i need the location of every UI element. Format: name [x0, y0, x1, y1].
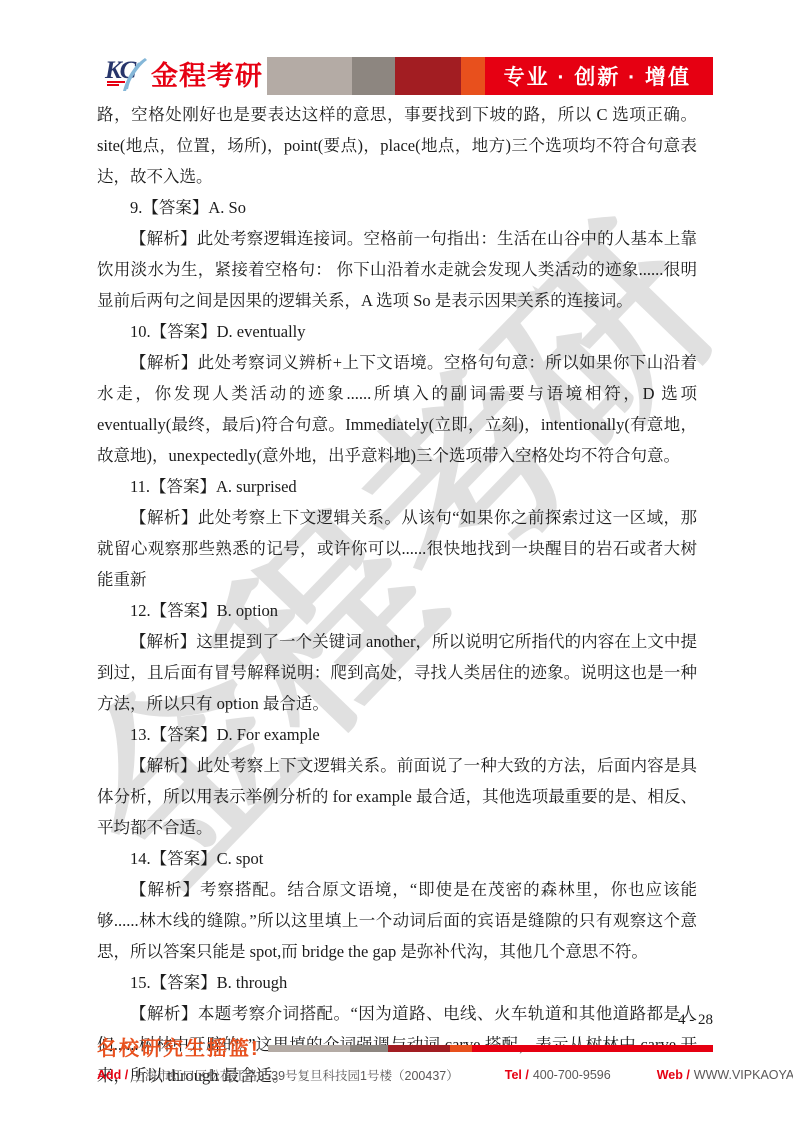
address-group: Add / 上海市虹口区松花江路2539号复旦科技园1号楼（200437）	[97, 1066, 459, 1084]
company-logo: KC 金程考研	[105, 57, 267, 95]
tel-value: 400-700-9596	[533, 1068, 611, 1082]
answer-item-10: 10.【答案】D. eventually 【解析】此处考察词义辨析+上下文语境。…	[97, 316, 697, 471]
footer-block-lightgray	[268, 1045, 350, 1052]
answer-line: 15.【答案】B. through	[97, 967, 697, 998]
footer-block-red	[472, 1045, 713, 1052]
footer-brand-row: 名校研究生摇篮!	[97, 1033, 713, 1059]
answer-line: 9.【答案】A. So	[97, 192, 697, 223]
address-value: 上海市虹口区松花江路2539号复旦科技园1号楼（200437）	[132, 1066, 458, 1084]
footer-block-orange	[450, 1045, 472, 1052]
footer-block-gray	[350, 1045, 388, 1052]
answer-item-9: 9.【答案】A. So 【解析】此处考察逻辑连接词。空格前一句指出：生活在山谷中…	[97, 192, 697, 316]
tel-group: Tel / 400-700-9596	[505, 1066, 611, 1084]
header-color-bar: 专业 · 创新 · 增值	[267, 57, 713, 95]
footer-block-darkred	[388, 1045, 450, 1052]
web-group: Web / WWW.VIPKAOYAN.NET	[657, 1066, 793, 1084]
web-label: Web /	[657, 1068, 690, 1082]
answer-item-14: 14.【答案】C. spot 【解析】考察搭配。结合原文语境，“即使是在茂密的森…	[97, 843, 697, 967]
answer-line: 12.【答案】B. option	[97, 595, 697, 626]
footer-contact-row: Add / 上海市虹口区松花江路2539号复旦科技园1号楼（200437） Te…	[97, 1066, 713, 1084]
header-block-gray	[352, 57, 395, 95]
footer-slogan: 名校研究生摇篮!	[97, 1032, 260, 1061]
logo-subtext-mark	[107, 81, 125, 87]
answer-line: 10.【答案】D. eventually	[97, 316, 697, 347]
document-page: 金程考研 KC 金程考研 专业 · 创新 · 增值 路，空格处刚	[0, 0, 793, 1122]
answer-item-11: 11.【答案】A. surprised 【解析】此处考察上下文逻辑关系。从该句“…	[97, 471, 697, 595]
answer-line: 11.【答案】A. surprised	[97, 471, 697, 502]
answer-item-12: 12.【答案】B. option 【解析】这里提到了一个关键词 another，…	[97, 595, 697, 719]
page-header: KC 金程考研 专业 · 创新 · 增值	[105, 57, 713, 95]
header-block-darkred	[395, 57, 461, 95]
header-slogan: 专业 · 创新 · 增值	[504, 61, 691, 91]
analysis-paragraph: 【解析】这里提到了一个关键词 another，所以说明它所指代的内容在上文中提到…	[97, 626, 697, 719]
kc-logo-icon: KC	[105, 57, 151, 95]
analysis-paragraph: 【解析】考察搭配。结合原文语境，“即使是在茂密的森林里，你也应该能够......…	[97, 874, 697, 967]
analysis-paragraph: 【解析】此处考察上下文逻辑关系。从该句“如果你之前探索过这一区域，那就留心观察那…	[97, 502, 697, 595]
header-block-orange	[461, 57, 485, 95]
answer-line: 14.【答案】C. spot	[97, 843, 697, 874]
page-number: 4 - 28	[97, 1012, 713, 1029]
analysis-paragraph: 【解析】此处考察上下文逻辑关系。前面说了一种大致的方法，后面内容是具体分析，所以…	[97, 750, 697, 843]
header-block-red: 专业 · 创新 · 增值	[485, 57, 713, 95]
web-value: WWW.VIPKAOYAN.NET	[694, 1068, 793, 1082]
brand-name: 金程考研	[151, 57, 263, 95]
answer-key-content: 路，空格处刚好也是要表达这样的意思，事要找到下坡的路，所以 C 选项正确。sit…	[97, 99, 697, 1091]
intro-continuation-paragraph: 路，空格处刚好也是要表达这样的意思，事要找到下坡的路，所以 C 选项正确。sit…	[97, 99, 697, 192]
analysis-paragraph: 【解析】此处考察逻辑连接词。空格前一句指出：生活在山谷中的人基本上靠饮用淡水为生…	[97, 223, 697, 316]
footer-color-bar	[268, 1045, 713, 1052]
answer-line: 13.【答案】D. For example	[97, 719, 697, 750]
header-block-lightgray	[267, 57, 352, 95]
address-label: Add /	[97, 1068, 128, 1082]
answer-item-13: 13.【答案】D. For example 【解析】此处考察上下文逻辑关系。前面…	[97, 719, 697, 843]
page-footer: 4 - 28 名校研究生摇篮! Add / 上海市虹口区松花江路2539号复旦科…	[97, 1012, 713, 1084]
tel-label: Tel /	[505, 1068, 529, 1082]
analysis-paragraph: 【解析】此处考察词义辨析+上下文语境。空格句句意：所以如果你下山沿着水走，你发现…	[97, 347, 697, 471]
quill-swoosh-icon	[115, 57, 149, 95]
